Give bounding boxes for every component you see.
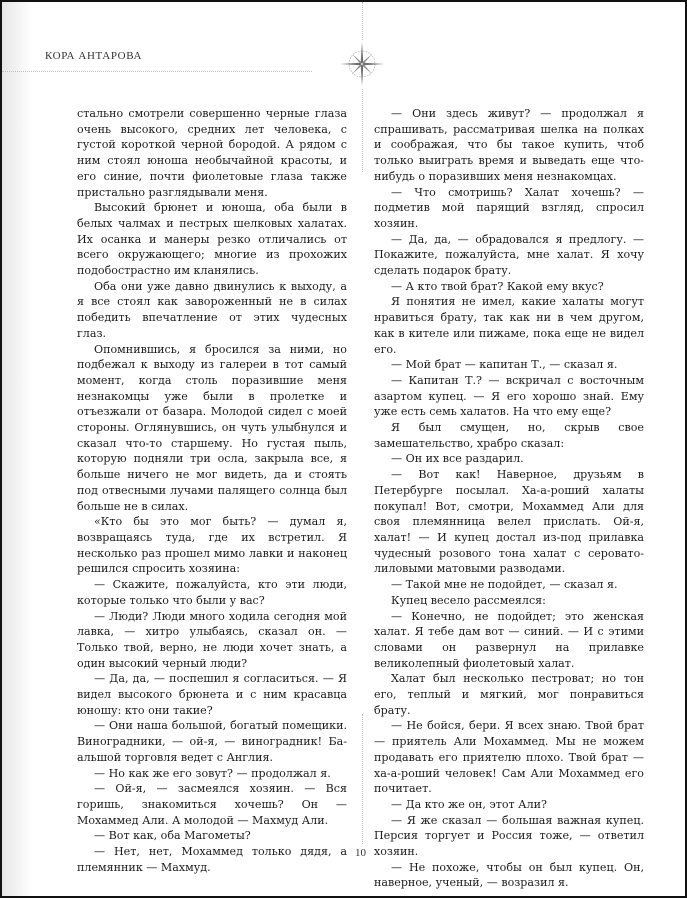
paragraph: — Люди? Люди много ходила сегодня мой ла… [77, 609, 347, 672]
compass-rose-icon [338, 40, 386, 88]
paragraph: «Кто бы это мог быть? — думал я, возвращ… [77, 514, 347, 577]
paragraph: стально смотрели совершенно черные глаза… [77, 106, 347, 200]
paragraph: — Но как же его зовут? — продолжал я. [77, 766, 347, 782]
paragraph: Оба они уже давно двинулись к выходу, а … [77, 279, 347, 342]
paragraph: — Конечно, не подойдет; это женская хала… [374, 609, 644, 672]
paragraph: Опомнившись, я бросился за ними, но подб… [77, 342, 347, 515]
paragraph: — Не похоже, чтобы он был купец. Он, нав… [374, 860, 644, 891]
column-divider-bottom [362, 714, 363, 844]
paragraph: — Вот как! Наверное, друзьям в Петербург… [374, 467, 644, 577]
paragraph: — Они здесь живут? — продолжал я спрашив… [374, 106, 644, 185]
text-column-left: стально смотрели совершенно черные глаза… [77, 106, 347, 875]
paragraph: — Мой брат — капитан Т., — сказал я. [374, 357, 644, 373]
paragraph: — Капитан Т.? — вскричал с восточным аза… [374, 373, 644, 420]
paragraph: — Они наша большой, богатый помещики. Ви… [77, 718, 347, 765]
paragraph: — Такой мне не подойдет, — сказал я. [374, 577, 644, 593]
paragraph: — А кто твой брат? Какой ему вкус? [374, 279, 644, 295]
paragraph: — Да, да, — поспешил я согласиться. — Я … [77, 671, 347, 718]
paragraph: — Да кто же он, этот Али? [374, 797, 644, 813]
book-page: КОРА АНТАРОВА стально смотрели совершенн… [0, 0, 687, 898]
paragraph: — Вот как, оба Магометы? [77, 828, 347, 844]
paragraph: Я был смущен, но, скрыв свое замешательс… [374, 420, 644, 451]
gutter-shadow [2, 2, 32, 896]
header-dotted-rule [2, 71, 312, 72]
paragraph: — Я же сказал — большая важная купец. Пе… [374, 813, 644, 860]
paragraph: Я понятия не имел, какие халаты могут нр… [374, 294, 644, 357]
text-column-right: — Они здесь живут? — продолжал я спрашив… [374, 106, 644, 891]
page-number: 10 [355, 847, 366, 859]
paragraph: — Да, да, — обрадовался я предлогу. — По… [374, 232, 644, 279]
paragraph: — Не бойся, бери. Я всех знаю. Твой брат… [374, 718, 644, 797]
paragraph: — Нет, нет, Мохаммед только дядя, а плем… [77, 844, 347, 875]
paragraph: — Что смотришь? Халат хочешь? — подметив… [374, 185, 644, 232]
paragraph: — Ой-я, — засмеялся хозяин. — Вся горишь… [77, 781, 347, 828]
paragraph: Купец весело рассмеялся: [374, 593, 644, 609]
paragraph: — Он их все раздарил. [374, 451, 644, 467]
running-head: КОРА АНТАРОВА [45, 50, 142, 62]
paragraph: Высокий брюнет и юноша, оба были в белых… [77, 200, 347, 279]
paragraph: Халат был несколько пестроват; но тон ег… [374, 671, 644, 718]
paragraph: — Скажите, пожалуйста, кто эти люди, кот… [77, 577, 347, 608]
